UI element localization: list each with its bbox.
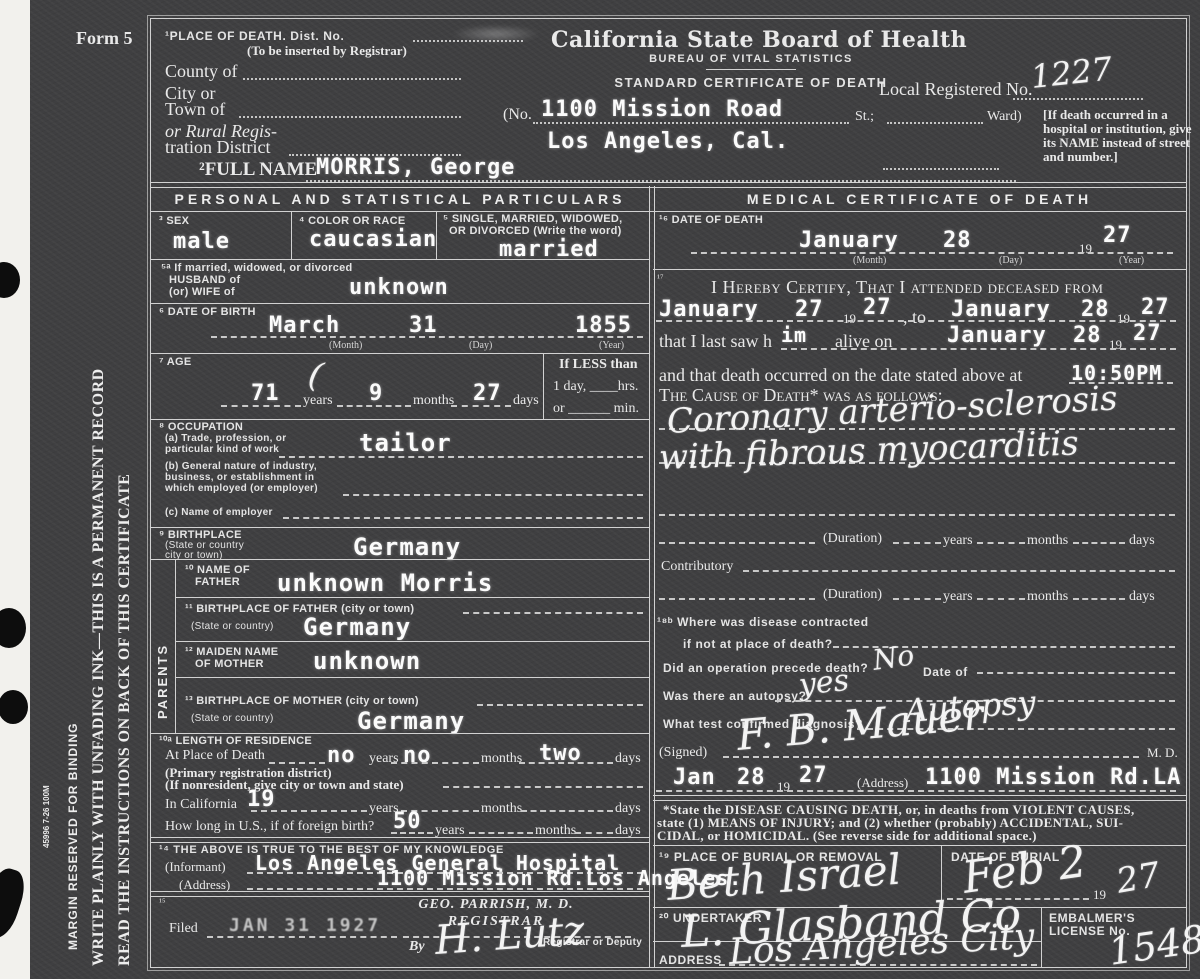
by-label: By (409, 939, 425, 956)
fill-line (575, 831, 613, 834)
rule-line (175, 641, 649, 642)
rule-line (175, 677, 649, 678)
death-month-value: January (799, 230, 899, 252)
sex-label: ³ SEX (159, 215, 189, 228)
fill-line (659, 541, 815, 544)
months-unit: months (481, 751, 522, 768)
day-caption: (Day) (999, 255, 1022, 266)
death-occurred-label: and that death occurred on the date stat… (659, 365, 1022, 387)
certify-statement: I Hereby Certify, That I attended deceas… (711, 277, 1103, 299)
bureau-subtitle: BUREAU OF VITAL STATISTICS (551, 53, 951, 66)
attended-to-month: January (951, 299, 1051, 321)
month-caption: (Month) (853, 255, 886, 266)
father-name-label-2: FATHER (195, 576, 240, 589)
cell-divider (291, 211, 292, 259)
rule-line (151, 259, 649, 260)
death-year-value: 27 (1103, 225, 1132, 247)
rule-line (151, 211, 1186, 212)
rule-line (151, 527, 649, 528)
date-of-burial-year: 27 (1114, 858, 1163, 899)
fill-line (1073, 541, 1125, 544)
fill-line (521, 809, 613, 812)
months-unit: months (1027, 533, 1068, 550)
to-label: , to (903, 307, 926, 329)
sign-date-day: 28 (737, 767, 766, 789)
sex-value: male (173, 231, 230, 253)
attended-from-month: January (659, 299, 759, 321)
occupation-c-label: (c) Name of employer (165, 507, 273, 519)
fill-line (977, 671, 1175, 674)
days-unit: days (513, 393, 539, 410)
fill-line (691, 251, 1173, 254)
years-unit: years (943, 533, 973, 550)
attended-from-day: 27 (795, 299, 824, 321)
fill-line (781, 347, 1176, 350)
hospital-note-4: and number.] (1043, 149, 1118, 165)
fill-line (977, 541, 1025, 544)
residence-at-label: At Place of Death (165, 748, 265, 765)
fill-line (211, 335, 643, 338)
less-than-line-3: or ______ min. (553, 401, 639, 418)
certificate-form: ¹PLACE OF DEATH. Dist. No. (To be insert… (150, 18, 1187, 968)
less-than-line-2: 1 day, ____hrs. (553, 379, 638, 396)
death-day-value: 28 (943, 230, 972, 252)
ink-note: WRITE PLAINLY WITH UNFADING INK—THIS IS … (90, 66, 108, 966)
rule-line (151, 733, 649, 734)
preprinted-19: 19 (777, 779, 790, 795)
days-unit: days (1129, 589, 1155, 606)
contributory-label: Contributory (661, 559, 733, 576)
date-of-death-label: ¹⁶ DATE OF DEATH (659, 214, 763, 227)
day-caption: (Day) (469, 340, 492, 351)
year-caption: (Year) (599, 340, 624, 351)
place-of-death-label: ¹PLACE OF DEATH. Dist. No. (165, 29, 344, 43)
attended-to-day: 28 (1081, 299, 1110, 321)
fill-line (743, 569, 1175, 572)
age-label: ⁷ AGE (159, 356, 192, 369)
cell-divider (1041, 907, 1042, 967)
filed-label: Filed (169, 921, 198, 938)
filed-section-number: ¹⁵ (159, 897, 165, 908)
fill-line (887, 121, 983, 124)
birthplace-sub-2: city or town) (165, 550, 223, 562)
fill-line (1073, 597, 1125, 600)
years-unit: years (369, 751, 399, 768)
fill-line (1013, 97, 1143, 100)
fill-line (343, 493, 643, 496)
fill-line (977, 597, 1025, 600)
mother-maiden-label-2: OF MOTHER (195, 658, 264, 671)
rule-line (653, 269, 1186, 270)
filed-date-stamp: JAN 31 1927 (229, 917, 381, 935)
residence-nonresident-note: (If nonresident, give city or town and s… (165, 777, 404, 793)
certify-section-number: ¹⁷ (657, 273, 663, 284)
months-unit: months (481, 801, 522, 818)
fill-line (883, 167, 999, 170)
dob-year-value: 1855 (575, 315, 632, 337)
preprinted-19: 19 (1093, 887, 1106, 903)
no-label: (No. (503, 105, 532, 124)
mother-maiden-value: unknown (313, 649, 421, 673)
operation-date-label: Date of (923, 665, 968, 679)
death-certificate-scan: Form 5 MARGIN RESERVED FOR BINDING WRITE… (0, 0, 1200, 979)
informant-address-value: 1100 Mission Rd.Los Angeles. (377, 868, 742, 888)
residence-us-years-value: 50 (393, 811, 422, 833)
fill-line (656, 319, 1176, 322)
binding-strip (0, 0, 30, 979)
fill-line (391, 761, 479, 764)
mother-birthplace-value: Germany (357, 709, 465, 733)
fill-line (279, 455, 643, 458)
local-reg-value: 1227 (1029, 53, 1113, 93)
attended-to-year: 27 (1141, 297, 1170, 319)
personal-section-title: PERSONAL AND STATISTICAL PARTICULARS (151, 191, 649, 207)
less-than-line-1: If LESS than (559, 357, 638, 374)
fill-line (659, 513, 1175, 516)
occupation-value: tailor (359, 431, 452, 455)
fill-line (243, 77, 461, 80)
residence-at-years-value: no (327, 745, 356, 767)
embalmer-license-value: 1548 (1106, 920, 1200, 971)
dob-month-value: March (269, 315, 340, 337)
residence-us-label: How long in U.S., if of foreign birth? (165, 819, 374, 836)
fill-line (519, 761, 613, 764)
rule-line (706, 69, 796, 70)
fill-line (283, 516, 643, 519)
cell-divider (543, 353, 544, 419)
rule-line (175, 597, 649, 598)
fill-line (659, 597, 815, 600)
fill-line (337, 404, 411, 407)
last-saw-pre-label: that I last saw h (659, 331, 772, 353)
months-unit: months (413, 393, 454, 410)
rule-line (151, 419, 649, 420)
form-number: Form 5 (76, 28, 132, 50)
scan-smudge (451, 25, 541, 43)
md-caption: M. D. (1147, 745, 1178, 761)
fill-line (463, 611, 643, 614)
signed-caption: (Signed) (659, 745, 707, 762)
pen-mark: ( (305, 357, 325, 393)
rule-line (653, 795, 1186, 801)
footnote-line-3: CIDAL, or HOMICIDAL. (See reverse side f… (657, 828, 1037, 844)
months-unit: months (1027, 589, 1068, 606)
town-label: Town of (165, 99, 225, 121)
fill-line (391, 831, 433, 834)
age-days-value: 27 (473, 383, 502, 405)
autopsy-answer-value: yes (797, 666, 850, 701)
sign-date-year: 27 (799, 765, 828, 787)
month-caption: (Month) (329, 340, 362, 351)
fill-line (469, 831, 533, 834)
instructions-note: READ THE INSTRUCTIONS ON BACK OF THIS CE… (116, 142, 134, 966)
print-code: 45996 7-26 100M (42, 752, 51, 848)
rule-line (151, 559, 649, 560)
fill-line (207, 935, 397, 938)
father-birthplace-value: Germany (303, 615, 411, 639)
days-unit: days (615, 801, 641, 818)
birthplace-value: Germany (353, 535, 461, 559)
rule-line (151, 182, 1186, 188)
days-unit: days (1129, 533, 1155, 550)
race-value: caucasian (309, 229, 437, 251)
mother-birthplace-sub: (State or country) (191, 713, 274, 725)
medical-section-title: MEDICAL CERTIFICATE OF DEATH (653, 191, 1186, 207)
years-unit: years (303, 393, 333, 410)
column-divider (649, 186, 655, 967)
residence-label: ¹⁰ᵃ LENGTH OF RESIDENCE (159, 735, 312, 748)
rule-line (151, 303, 649, 304)
registrar-signature: H. Lutz (434, 911, 586, 961)
preprinted-19: 19 (1079, 241, 1092, 257)
fill-line (239, 115, 461, 118)
preprinted-19: 19 (1109, 337, 1122, 353)
street-value: 1100 Mission Road (541, 99, 783, 121)
last-saw-month: January (947, 325, 1047, 347)
county-label: County of (165, 61, 238, 83)
year-caption: (Year) (1119, 255, 1144, 266)
occupation-b-label-3: which employed (or employer) (165, 483, 318, 495)
marital-value: married (499, 239, 599, 261)
fill-line (221, 404, 301, 407)
last-saw-year: 27 (1133, 323, 1162, 345)
registrar-note: (To be inserted by Registrar) (247, 43, 407, 59)
residence-california-years-value: 19 (247, 789, 276, 811)
last-saw-day: 28 (1073, 325, 1102, 347)
physician-address-value: 1100 Mission Rd.LA (925, 767, 1181, 789)
rule-line (151, 837, 649, 843)
age-years-value: 71 (251, 383, 280, 405)
cell-divider (175, 559, 176, 733)
dob-day-value: 31 (409, 315, 438, 337)
sign-date-month: Jan (673, 767, 716, 789)
rural-label-2: tration District (165, 137, 270, 159)
rule-line (151, 353, 649, 354)
last-saw-fill-value: im (781, 325, 807, 345)
fill-line (443, 785, 643, 788)
days-unit: days (615, 751, 641, 768)
spouse-value: unknown (349, 277, 449, 299)
parents-side-label: PARENTS (155, 579, 170, 719)
st-label: St.; (855, 109, 874, 126)
fill-line (269, 761, 325, 764)
duration-caption: (Duration) (823, 587, 882, 604)
operation-answer-value: No (871, 641, 916, 674)
full-name-value: MORRIS, George (316, 157, 515, 179)
disease-contracted-label: ¹⁸ᵇ Where was disease contracted (657, 615, 869, 629)
ward-label: Ward) (987, 109, 1022, 126)
occupation-a-label-2: particular kind of work (165, 444, 279, 456)
father-name-value: unknown Morris (277, 571, 493, 595)
board-title: California State Board of Health (551, 27, 951, 53)
fill-line (251, 809, 367, 812)
spouse-label-3: (or) WIFE of (169, 286, 235, 299)
fill-line (533, 121, 849, 124)
rule-line (653, 845, 1186, 846)
fill-line (893, 541, 941, 544)
fill-line (477, 703, 643, 706)
age-months-value: 9 (369, 383, 383, 405)
residence-california-label: In California (165, 797, 237, 814)
informant-caption: (Informant) (165, 859, 226, 875)
margin-binding-note: MARGIN RESERVED FOR BINDING (66, 570, 80, 950)
fill-line (893, 597, 941, 600)
full-name-label: ²FULL NAME (199, 159, 317, 182)
fill-line (656, 789, 1176, 792)
attended-from-year: 27 (863, 297, 892, 319)
father-birthplace-sub: (State or country) (191, 621, 274, 633)
dob-label: ⁶ DATE OF BIRTH (159, 306, 256, 319)
local-reg-label: Local Registered No. (879, 79, 1032, 101)
not-at-place-label: if not at place of death? (683, 637, 833, 651)
years-unit: years (943, 589, 973, 606)
duration-caption: (Duration) (823, 531, 882, 548)
city-value: Los Angeles, Cal. (547, 131, 789, 153)
fill-line (451, 404, 511, 407)
